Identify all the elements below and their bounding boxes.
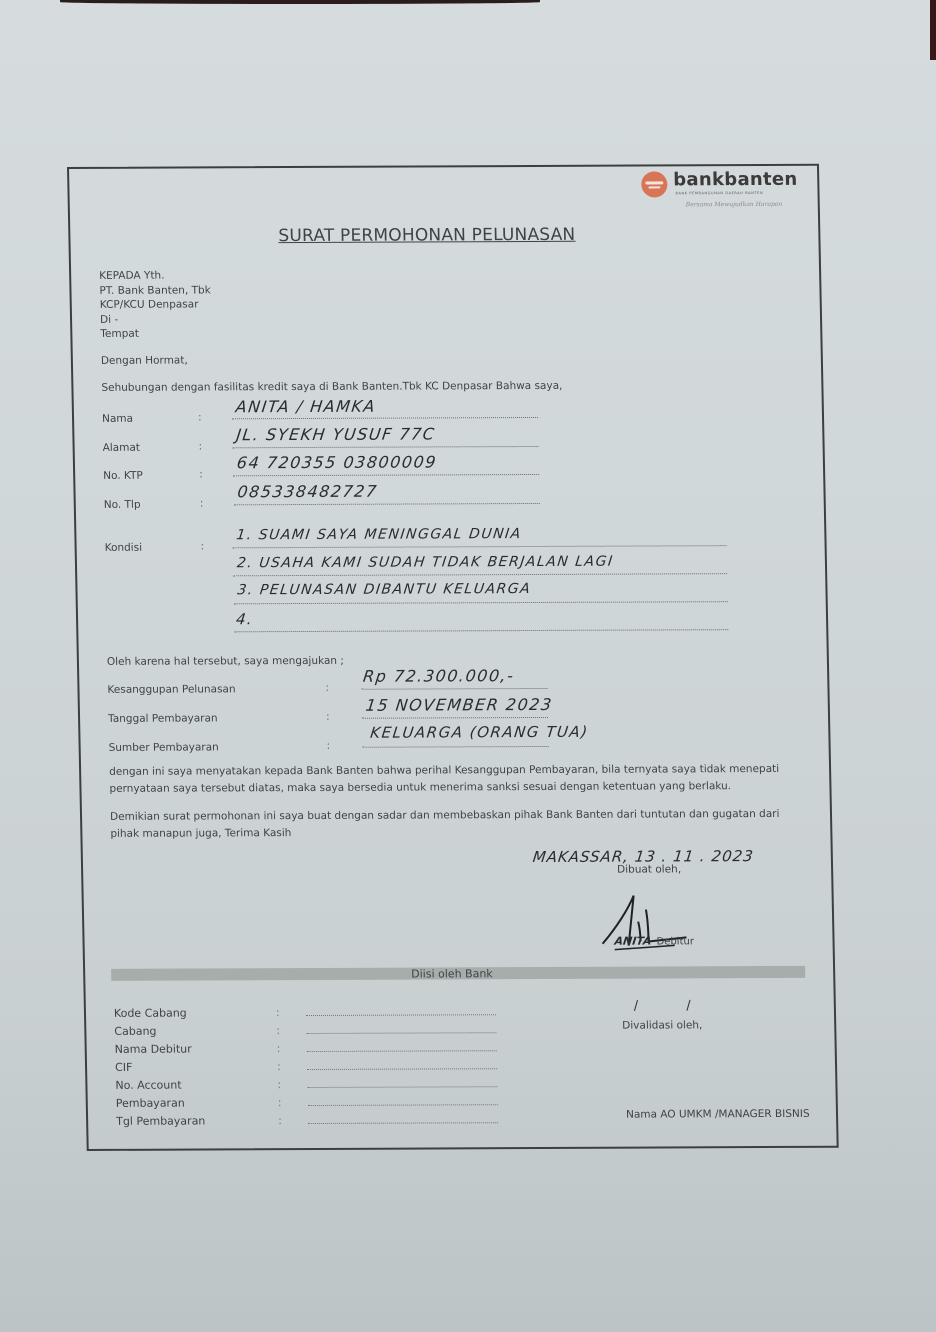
request-value-tanggal[interactable]: 15 NOVEMBER 2023 bbox=[365, 695, 554, 715]
field-value-ktp[interactable]: 64 720355 03800009 bbox=[236, 452, 438, 472]
field-line bbox=[233, 446, 539, 448]
validated-by-label: Divalidasi oleh, bbox=[622, 1019, 702, 1031]
bank-section-header: Diisi oleh Bank bbox=[111, 966, 805, 981]
colon: : bbox=[199, 468, 203, 480]
field-line bbox=[361, 688, 547, 690]
bank-row-input[interactable] bbox=[308, 1122, 498, 1124]
field-value-tlp[interactable]: 085338482727 bbox=[236, 482, 378, 502]
colon: : bbox=[198, 440, 202, 452]
photo-background-edge bbox=[60, 0, 540, 4]
bank-row-input[interactable] bbox=[307, 1068, 497, 1070]
bank-fields: Kode Cabang: Cabang: Nama Debitur: CIF: … bbox=[114, 1007, 117, 1133]
address-line: Di - bbox=[100, 312, 212, 327]
field-line bbox=[233, 474, 539, 476]
document-title: SURAT PERMOHONAN PELUNASAN bbox=[278, 225, 575, 246]
kondisi-item[interactable]: 1. SUAMI SAYA MENINGGAL DUNIA bbox=[235, 526, 522, 543]
field-label-alamat: Alamat bbox=[103, 442, 141, 454]
recipient-address: KEPADA Yth. PT. Bank Banten, Tbk KCP/KCU… bbox=[99, 268, 212, 341]
colon: : bbox=[200, 540, 204, 552]
validation-date-slashes: / / bbox=[634, 998, 691, 1013]
field-line bbox=[363, 746, 549, 748]
bank-banten-logo-icon bbox=[641, 171, 668, 197]
field-line bbox=[234, 503, 540, 505]
kondisi-item[interactable]: 3. PELUNASAN DIBANTU KELUARGA bbox=[237, 581, 533, 598]
kondisi-item[interactable]: 2. USAHA KAMI SUDAH TIDAK BERJALAN LAGI bbox=[236, 554, 615, 572]
request-label-kesanggupan: Kesanggupan Pelunasan bbox=[107, 683, 235, 696]
colon: : bbox=[198, 411, 202, 423]
field-line bbox=[233, 573, 727, 576]
logo-subtitle: BANK PEMBANGUNAN DAERAH BANTEN bbox=[675, 191, 763, 195]
field-line bbox=[232, 417, 538, 419]
address-line: KEPADA Yth. bbox=[99, 268, 211, 283]
letter-document: bankbanten BANK PEMBANGUNAN DAERAH BANTE… bbox=[67, 164, 839, 1151]
field-line bbox=[362, 717, 548, 719]
request-label-sumber: Sumber Pembayaran bbox=[109, 741, 219, 753]
field-line bbox=[233, 545, 727, 548]
bank-row-label: Pembayaran bbox=[116, 1096, 276, 1110]
bank-logo: bankbanten BANK PEMBANGUNAN DAERAH BANTE… bbox=[641, 169, 822, 214]
statement-paragraph: dengan ini saya menyatakan kepada Bank B… bbox=[109, 761, 800, 798]
greeting: Dengan Hormat, bbox=[101, 354, 188, 366]
bank-row-label: CIF bbox=[115, 1060, 275, 1074]
bank-row-label: Tgl Pembayaran bbox=[116, 1114, 276, 1128]
bank-row-label: No. Account bbox=[115, 1078, 275, 1092]
colon: : bbox=[327, 740, 331, 752]
bank-section-title: Diisi oleh Bank bbox=[411, 967, 493, 980]
bank-row-input[interactable] bbox=[306, 1032, 496, 1034]
bank-row-input[interactable] bbox=[307, 1086, 497, 1088]
colon: : bbox=[200, 497, 204, 509]
kondisi-label: Kondisi bbox=[105, 542, 143, 554]
bank-row-label: Cabang bbox=[114, 1024, 274, 1038]
bank-row-input[interactable] bbox=[307, 1050, 497, 1052]
field-value-nama[interactable]: ANITA / HAMKA bbox=[235, 397, 377, 417]
field-label-tlp: No. Tlp bbox=[104, 499, 141, 511]
photo-background-edge bbox=[930, 0, 936, 60]
intro-text: Sehubungan dengan fasilitas kredit saya … bbox=[101, 380, 562, 394]
field-value-alamat[interactable]: JL. SYEKH YUSUF 77C bbox=[235, 424, 436, 444]
field-label-ktp: No. KTP bbox=[103, 470, 143, 482]
request-label-tanggal: Tanggal Pembayaran bbox=[108, 712, 218, 724]
signer-name: ANITA bbox=[614, 935, 653, 948]
request-value-sumber[interactable]: KELUARGA (ORANG TUA) bbox=[369, 723, 589, 742]
bank-row-input[interactable] bbox=[308, 1104, 498, 1106]
field-line bbox=[234, 629, 728, 632]
bank-row-label: Nama Debitur bbox=[115, 1042, 275, 1056]
signature-icon bbox=[593, 881, 695, 961]
request-intro: Oleh karena hal tersebut, saya mengajuka… bbox=[107, 655, 344, 668]
address-line: KCP/KCU Denpasar bbox=[100, 297, 212, 312]
bank-row-label: Kode Cabang bbox=[114, 1006, 274, 1020]
address-line: Tempat bbox=[100, 326, 212, 341]
logo-name: bankbanten bbox=[673, 169, 798, 191]
colon: : bbox=[325, 682, 329, 694]
request-value-kesanggupan[interactable]: Rp 72.300.000,- bbox=[362, 666, 516, 686]
field-line bbox=[234, 601, 728, 604]
kondisi-item[interactable]: 4. bbox=[235, 610, 254, 628]
logo-tagline: Bersama Mewujudkan Harapan bbox=[686, 201, 783, 208]
validator-title: Nama AO UMKM /MANAGER BISNIS bbox=[626, 1108, 810, 1121]
signer-role: Debitur bbox=[656, 936, 694, 947]
bank-row-input[interactable] bbox=[306, 1014, 496, 1016]
colon: : bbox=[326, 711, 330, 723]
address-line: PT. Bank Banten, Tbk bbox=[99, 283, 211, 298]
made-by-label: Dibuat oleh, bbox=[617, 863, 681, 875]
closing-paragraph: Demikian surat permohonan ini saya buat … bbox=[110, 806, 801, 843]
field-label-nama: Nama bbox=[102, 413, 133, 425]
